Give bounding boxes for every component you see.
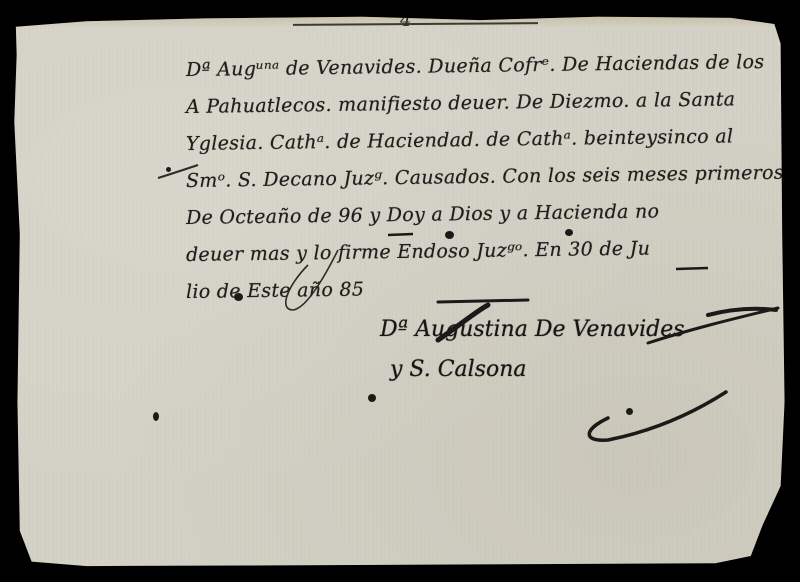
manuscript-body: Dª Augᵘⁿᵃ de Venavides. Dueña Cofrᵉ. De … [186,52,786,311]
ink-blot [153,412,159,421]
manuscript-line: lio de Este año 85 [186,266,786,311]
scan-background: 4 Dª Augᵘⁿᵃ de Venavides. Dueña Cofrᵉ. D… [0,0,800,582]
ink-blot [445,231,454,239]
ink-blot [565,229,573,236]
folio-mark: 4 [400,10,411,31]
ink-blot [166,167,171,172]
signature-block: Dª Augustina De Venavides y S. Calsona [380,310,685,390]
ink-blot [626,408,633,415]
signature-name: Dª Augustina De Venavides [380,310,685,350]
ink-blot [234,293,243,301]
manuscript-page: 4 Dª Augᵘⁿᵃ de Venavides. Dueña Cofrᵉ. D… [8,10,794,570]
ink-blot [368,394,376,402]
signature-witness: y S. Calsona [380,350,685,390]
